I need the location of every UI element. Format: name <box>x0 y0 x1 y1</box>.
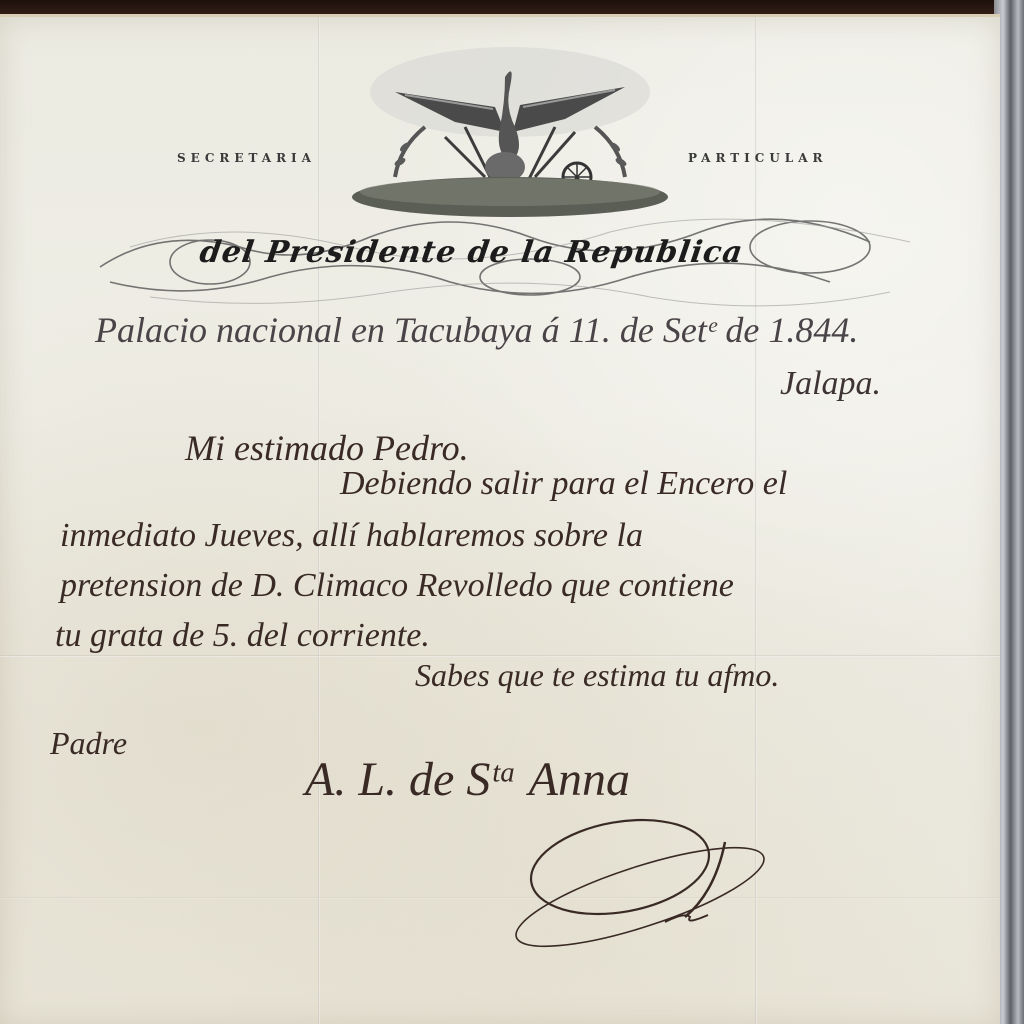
letterhead-particular: PARTICULAR <box>688 151 828 165</box>
body-line: Debiendo salir para el Encero el <box>340 465 787 503</box>
salutation: Mi estimado Pedro. <box>185 427 469 469</box>
eagle-emblem-icon <box>345 37 675 222</box>
letter-paper: SECRETARIA PARTICULAR del Presidente de … <box>0 14 1000 1024</box>
letterhead-title: del Presidente de la Republica <box>198 235 746 270</box>
body-line: tu grata de 5. del corriente. <box>55 617 430 655</box>
letterhead-secretaria: SECRETARIA <box>177 151 316 165</box>
body-line: pretension de D. Climaco Revolledo que c… <box>60 567 734 605</box>
signature: A. L. de Sᵗᵃ Anna <box>305 752 630 807</box>
closing-continuation: Padre <box>50 725 127 762</box>
destination-city: Jalapa. <box>780 365 881 403</box>
closing: Sabes que te estima tu afmo. <box>415 657 779 694</box>
signature-rubric-icon <box>440 807 790 977</box>
body-line: inmediato Jueves, allí hablaremos sobre … <box>60 517 643 555</box>
dateline: Palacio nacional en Tacubaya á 11. de Se… <box>95 309 858 351</box>
